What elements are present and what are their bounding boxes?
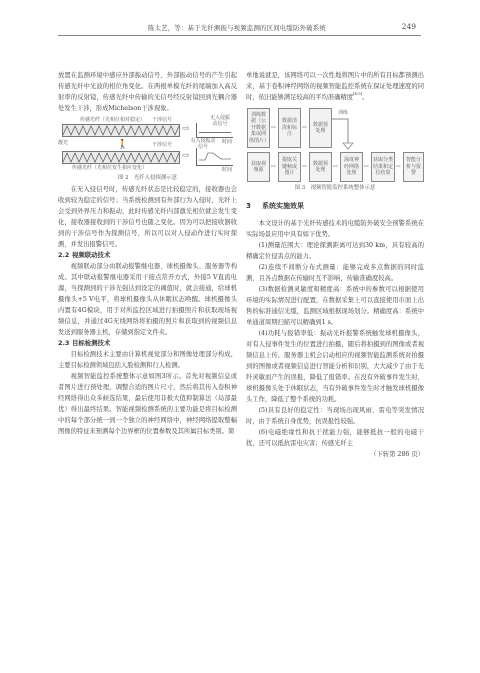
arrow-right-icon: ⇨	[302, 125, 307, 131]
box-get-video-source: 获取视频源	[247, 152, 270, 182]
box-keyframe-extract: 提取关键帧或图片	[278, 152, 301, 182]
intrusion-waveform-icon	[197, 148, 233, 165]
bottom-signal-label: 干涉信号	[152, 142, 172, 148]
arrow-right-icon: ⇨	[271, 125, 276, 131]
arrow-right-icon: ⇨	[302, 164, 307, 170]
arrow-right-icon: ⇨	[271, 164, 276, 170]
sensing-fiber-bottom	[62, 151, 180, 164]
signal-graph-bottom	[196, 148, 233, 166]
citation-ref: [4-5]	[353, 91, 362, 96]
train-flow-arrow-icon	[332, 117, 372, 151]
paragraph-end: 。	[362, 94, 368, 101]
box-preprocess-train: 数据预处理	[309, 108, 332, 148]
laser-label: 激光	[58, 140, 68, 146]
paragraph-continued: 单地说就是，该网络可以一次性地将图片中的所有目标都预测出来，基于卷积神经网络的视…	[246, 70, 424, 103]
arrow-right-icon: ⇨	[364, 164, 369, 170]
intruder-person-icon: 🚶	[117, 141, 128, 150]
top-signal-label: 干涉信号	[152, 117, 172, 123]
light-wave-icon	[63, 125, 179, 136]
section-number: 2.3	[58, 338, 72, 349]
left-column: 放置在监测环境中感应外部振动信号，外部振动信号的产生引起传感光纤中光波的相位角变…	[58, 70, 237, 437]
section-2-3-heading: 2.3目标检测技术	[58, 338, 237, 349]
section-2-2-body: 视频联动部分由联动报警继电器、球机摄像头、服务器等构成。其中联动报警继电器采用干…	[58, 261, 237, 338]
running-header: 陈太艺，等：基于光纤测振与视频监测的区间电缆防外破系统 249	[58, 22, 421, 36]
section-3-intro: 本文设计的基于光纤传感技术的电缆防外破安全预警系统在实际场景应用中具有如下优势。	[246, 218, 424, 240]
advantage-item-3: (3)数据检测灵敏度和精度高：系统中的参数可以根据使用环境的实际情况进行配置，在…	[246, 284, 424, 328]
box-classification-result: 获取分类结果和定位结果	[371, 152, 395, 182]
advantage-item-1: (1)测量范围大：理论探测距离可达到30 km，具有较高的精确定位侵害点的能力。	[246, 240, 424, 262]
page-number: 249	[402, 22, 416, 31]
time-label-top: 时间	[222, 139, 232, 145]
box-preprocess: 数据预处理	[309, 152, 332, 182]
box-data-cleaning: 数据清洗和标注	[278, 108, 301, 148]
running-title: 陈太艺，等：基于光纤测振与视频监测的区间电缆防外破系统	[148, 23, 326, 32]
figure-2-caption: 图 2 光纤入侵探测示意	[58, 174, 237, 182]
top-fiber-label: 传感光纤（光相位相对稳定）	[80, 117, 145, 123]
arrow-right-icon: ⇨	[182, 125, 190, 134]
section-title: 系统实施效果	[262, 202, 304, 210]
box-deep-neural-network: 深度神经网络处理	[340, 152, 363, 182]
bottom-fiber-label: 传感光纤（光相位发生相应变化）	[72, 165, 147, 171]
light-wave-icon	[63, 152, 179, 163]
train-label: 训练	[338, 110, 348, 116]
paragraph-intro: 放置在监测环境中感应外部振动信号，外部振动信号的产生引起传感光纤中光波的相位角变…	[58, 70, 237, 114]
arrow-right-icon: ⇨	[396, 164, 401, 170]
paragraph-text: 单地说就是，该网络可以一次性地将图片中的所有目标都预测出来，基于卷积神经网络的视…	[246, 72, 424, 101]
signal-graph-top	[196, 123, 233, 138]
section-title: 视频联动技术	[72, 251, 110, 259]
figure-3-caption: 图 3 视频智能监控系统整体示意	[246, 184, 424, 192]
advantage-item-6: (6)电磁绝缘性和抗干扰能力强，能够抵抗一般的电磁干扰，还可以抵抗雷电灾害；传感…	[246, 427, 424, 449]
advantage-item-5: (5)具有良好的稳定性：当现场出现风雨、雷电等突发情况时，由于系统自身优势，抗误…	[246, 405, 424, 427]
arrow-right-icon: ⇨	[333, 164, 338, 170]
box-training-data: 训练数据（公开数据集或网络图片）	[247, 108, 270, 148]
section-2-3-body-1: 目标检测技术主要由计算机视觉部分和图像处理部分构成，主要目标检测领域包括人脸检测…	[58, 349, 237, 371]
section-number: 2.2	[58, 250, 72, 261]
figure-2: 传感光纤（光相位相对稳定） 干涉信号 无入侵振动信号 ⇨ 时间 激光 🚶 干涉信…	[58, 115, 237, 183]
section-2-3-body-2: 视频智能监控系统整体示意如图3所示。首先对视频信息或者图片进行预处理，调整合适的…	[58, 371, 237, 437]
paragraph-detection: 在无入侵信号时，传感光纤状态是比较稳定的，接收器也会收到较为稳定的信号；当系统检…	[58, 184, 237, 250]
figure-3: 训练数据（公开数据集或网络图片） ⇨ 数据清洗和标注 ⇨ 数据预处理 训练 获取…	[246, 105, 424, 193]
right-column: 单地说就是，该网络可以一次性地将图片中的所有目标都预测出来，基于卷积神经网络的视…	[246, 70, 424, 460]
arrow-right-icon: ⇨	[182, 152, 190, 161]
sensing-fiber-top	[62, 124, 180, 137]
advantage-item-4: (4)功耗与报错率低：振动光纤报警系统触发球机摄像头，对有人侵事件发生的位置进行…	[246, 328, 424, 405]
advantage-item-2: (2)连续不间断分布式测量：能够完成多点数据的同时监测，且各点数据在传输时互不影…	[246, 262, 424, 284]
time-label-bottom: 时间	[222, 167, 232, 173]
section-title: 目标检测技术	[72, 339, 110, 347]
section-3-heading: 3系统实施效果	[246, 201, 424, 212]
section-2-2-heading: 2.2视频联动技术	[58, 250, 237, 261]
continued-note: （下转第 286 页）	[246, 449, 424, 460]
section-number: 3	[246, 201, 262, 212]
box-smart-analysis-alarm: 智能分析与报警	[403, 152, 424, 182]
